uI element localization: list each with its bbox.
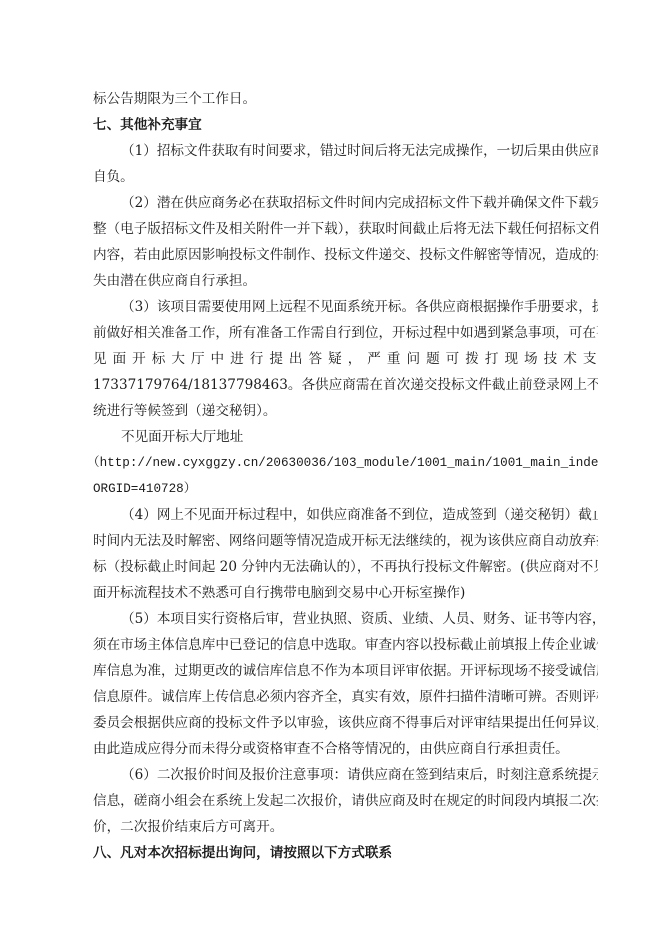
hall-address-url-cont[interactable]: ORGID=410728）: [93, 476, 598, 502]
clause-4: （4）网上不见面开标过程中，如供应商准备不到位，造成签到（递交秘钥）截止 时间内…: [93, 502, 598, 606]
clause-2: （2）潜在供应商务必在获取招标文件时间内完成招标文件下载并确保文件下载完 整（电…: [93, 190, 598, 294]
paragraph-line: （1）招标文件获取有时间要求，错过时间后将无法完成操作，一切后果由供应商: [93, 138, 598, 164]
clause-1: （1）招标文件获取有时间要求，错过时间后将无法完成操作，一切后果由供应商 自负。: [93, 138, 598, 190]
section-heading-7: 七、其他补充事宜: [93, 112, 598, 138]
section-heading-8: 八、凡对本次招标提出询问，请按照以下方式联系: [93, 840, 598, 866]
hall-address-label: 不见面开标大厅地址: [93, 424, 598, 450]
paragraph-line: 须在市场主体信息库中已登记的信息中选取。审查内容以投标截止前填报上传企业诚信: [93, 632, 598, 658]
paragraph-line: 时间内无法及时解密、网络问题等情况造成开标无法继续的，视为该供应商自动放弃投: [93, 528, 598, 554]
paragraph-line: 17337179764/18137798463。各供应商需在首次递交投标文件截止…: [93, 372, 598, 398]
paragraph-line: 前做好相关准备工作，所有准备工作需自行到位，开标过程中如遇到紧急事项，可在不: [93, 320, 598, 346]
paragraph-line: 委员会根据供应商的投标文件予以审验，该供应商不得事后对评审结果提出任何异议，: [93, 710, 598, 736]
paragraph-line: 信息，磋商小组会在系统上发起二次报价，请供应商及时在规定的时间段内填报二次报: [93, 788, 598, 814]
paragraph-line: 整（电子版招标文件及相关附件一并下载），获取时间截止后将无法下载任何招标文件: [93, 216, 598, 242]
hall-address: 不见面开标大厅地址 （http://new.cyxggzy.cn/2063003…: [93, 424, 598, 502]
paragraph-line: （2）潜在供应商务必在获取招标文件时间内完成招标文件下载并确保文件下载完: [93, 190, 598, 216]
paragraph-line: （4）网上不见面开标过程中，如供应商准备不到位，造成签到（递交秘钥）截止: [93, 502, 598, 528]
paragraph-line: 面开标流程技术不熟悉可自行携带电脑到交易中心开标室操作): [93, 580, 598, 606]
paragraph-line: 标（投标截止时间起 20 分钟内无法确认的），不再执行投标文件解密。(供应商对不…: [93, 554, 598, 580]
paragraph-line: 信息原件。诚信库上传信息必须内容齐全，真实有效，原件扫描件清晰可辨。否则评标: [93, 684, 598, 710]
paragraph-line: 统进行等候签到（递交秘钥）。: [93, 398, 598, 424]
paragraph-line: （3）该项目需要使用网上远程不见面系统开标。各供应商根据操作手册要求，提: [93, 294, 598, 320]
paragraph-line: 失由潜在供应商自行承担。: [93, 268, 598, 294]
clause-3: （3）该项目需要使用网上远程不见面系统开标。各供应商根据操作手册要求，提 前做好…: [93, 294, 598, 424]
paragraph-line: 见面开标大厅中进行提出答疑，严重问题可拨打现场技术支持电话: [93, 346, 598, 372]
clause-5: （5）本项目实行资格后审，营业执照、资质、业绩、人员、财务、证书等内容， 须在市…: [93, 606, 598, 762]
clause-6: （6）二次报价时间及报价注意事项：请供应商在签到结束后，时刻注意系统提示 信息，…: [93, 762, 598, 840]
paragraph-line: 库信息为准，过期更改的诚信库信息不作为本项目评审依据。开评标现场不接受诚信库: [93, 658, 598, 684]
paragraph-line: 标公告期限为三个工作日。: [93, 86, 598, 112]
hall-address-url[interactable]: （http://new.cyxggzy.cn/20630036/103_modu…: [87, 450, 598, 476]
paragraph-line: 内容，若由此原因影响投标文件制作、投标文件递交、投标文件解密等情况，造成的损: [93, 242, 598, 268]
paragraph-line: 价，二次报价结束后方可离开。: [93, 814, 598, 840]
paragraph-line: 由此造成应得分而未得分或资格审查不合格等情况的，由供应商自行承担责任。: [93, 736, 598, 762]
paragraph-line: （6）二次报价时间及报价注意事项：请供应商在签到结束后，时刻注意系统提示: [93, 762, 598, 788]
document-page: 标公告期限为三个工作日。 七、其他补充事宜 （1）招标文件获取有时间要求，错过时…: [93, 86, 598, 866]
paragraph-line: （5）本项目实行资格后审，营业执照、资质、业绩、人员、财务、证书等内容，: [93, 606, 598, 632]
paragraph-line: 自负。: [93, 164, 598, 190]
